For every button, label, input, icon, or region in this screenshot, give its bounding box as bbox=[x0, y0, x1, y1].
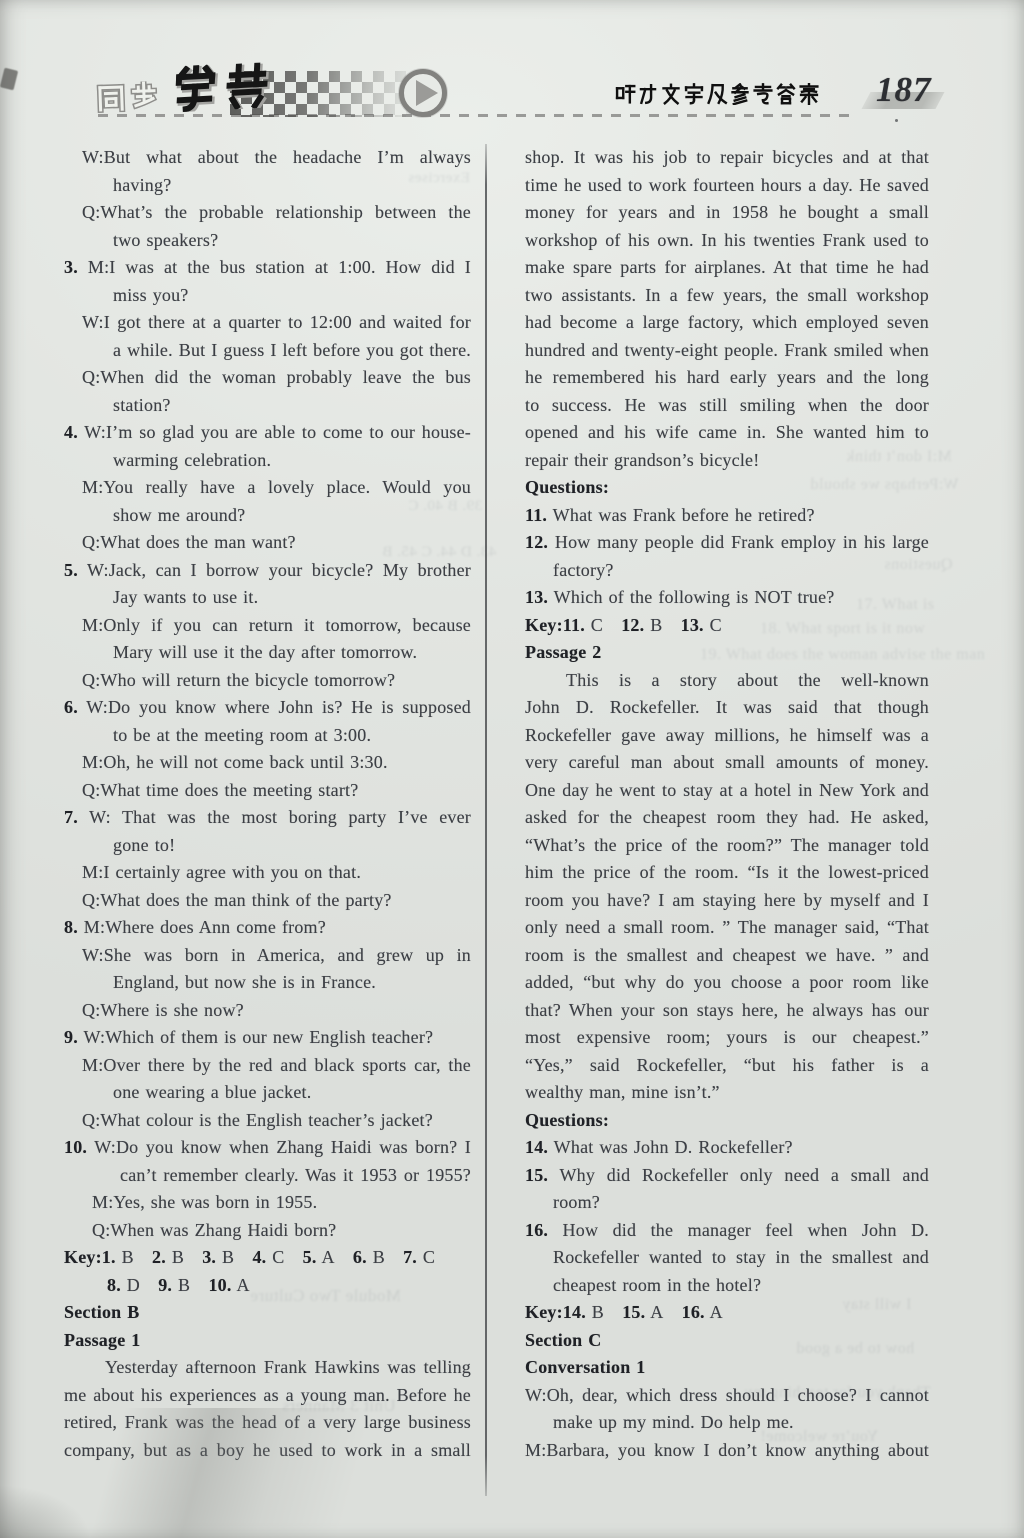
page-title bbox=[614, 83, 820, 105]
text-line: room is the smallest and cheapest we hav… bbox=[525, 942, 929, 970]
text-line: only need a small room. ” The manager sa… bbox=[525, 914, 929, 942]
text-line: two assistants. In a few years, the smal… bbox=[525, 282, 929, 310]
text-line: Q:What’s the probable relationship betwe… bbox=[64, 199, 471, 227]
text-line: hundred and twenty-eight people. Frank s… bbox=[525, 337, 929, 365]
text-line: Conversation 1 bbox=[525, 1354, 929, 1382]
text-line: Q:When did the woman probably leave the … bbox=[64, 364, 471, 392]
text-line: having? bbox=[64, 172, 471, 200]
text-line: Passage 1 bbox=[64, 1327, 471, 1355]
text-line: W:She was born in America, and grew up i… bbox=[64, 942, 471, 970]
text-line: M:Over there by the red and black sports… bbox=[64, 1052, 471, 1080]
text-line: miss you? bbox=[64, 282, 471, 310]
text-line: had become a large factory, which employ… bbox=[525, 309, 929, 337]
text-line: This is a story about the well-known mil… bbox=[525, 667, 929, 695]
text-line: 11. What was Frank before he retired? bbox=[525, 502, 929, 530]
text-line: Yesterday afternoon Frank Hawkins was te… bbox=[64, 1354, 471, 1382]
text-line: cheapest room in the hotel? bbox=[525, 1272, 929, 1300]
text-line: to be at the meeting room at 3:00. bbox=[64, 722, 471, 750]
text-line: M:Barbara, you know I don’t know anythin… bbox=[525, 1437, 929, 1465]
text-line: asked for the cheapest room they had. He… bbox=[525, 804, 929, 832]
text-line: opened and his wife came in. She wanted … bbox=[525, 419, 929, 447]
text-line: W:I got there at a quarter to 12:00 and … bbox=[64, 309, 471, 337]
text-line: him the price of the room. “Is it the lo… bbox=[525, 859, 929, 887]
text-line: Key:11. C 12. B 13. C bbox=[525, 612, 929, 640]
text-line: Rockefeller wanted to stay in the smalle… bbox=[525, 1244, 929, 1272]
logo-xuedian bbox=[171, 61, 271, 112]
text-line: Q:Where is she now? bbox=[64, 997, 471, 1025]
text-line: M:Yes, she was born in 1955. bbox=[64, 1189, 471, 1217]
text-line: 15. Why did Rockefeller only need a smal… bbox=[525, 1162, 929, 1190]
text-line: One day he went to stay at a hotel in Ne… bbox=[525, 777, 929, 805]
text-line: 13. Which of the following is NOT true? bbox=[525, 584, 929, 612]
page-number: 187 bbox=[876, 70, 956, 110]
text-line: W:But what about the headache I’m always bbox=[64, 144, 471, 172]
text-line: Passage 2 bbox=[525, 639, 929, 667]
text-line: Questions: bbox=[525, 474, 929, 502]
text-line: Q:Who will return the bicycle tomorrow? bbox=[64, 667, 471, 695]
text-line: W:Oh, dear, which dress should I choose?… bbox=[525, 1382, 929, 1410]
text-line: show me around? bbox=[64, 502, 471, 530]
text-line: one wearing a blue jacket. bbox=[64, 1079, 471, 1107]
text-line: repair their grandson’s bicycle! bbox=[525, 447, 929, 475]
text-line: M:Only if you can return it tomorrow, be… bbox=[64, 612, 471, 640]
text-line: to success. He was still smiling when th… bbox=[525, 392, 929, 420]
text-line: M:You really have a lovely place. Would … bbox=[64, 474, 471, 502]
text-line: 6. W:Do you know where John is? He is su… bbox=[64, 694, 471, 722]
text-line: two speakers? bbox=[64, 227, 471, 255]
text-line: Q:What time does the meeting start? bbox=[64, 777, 471, 805]
text-line: John D. Rockefeller. It was said that th… bbox=[525, 694, 929, 722]
text-line: 12. How many people did Frank employ in … bbox=[525, 529, 929, 557]
text-line: a while. But I guess I left before you g… bbox=[64, 337, 471, 365]
header-dashed-line bbox=[98, 114, 856, 117]
text-line: “Yes,” said Rockefeller, “but his father… bbox=[525, 1052, 929, 1080]
text-line: gone to! bbox=[64, 832, 471, 860]
text-line: Q:What does the man think of the party? bbox=[64, 887, 471, 915]
logo-tongbu bbox=[95, 81, 159, 113]
text-line: Section C bbox=[525, 1327, 929, 1355]
text-line: Jay wants to use it. bbox=[64, 584, 471, 612]
text-line: 7. W: That was the most boring party I’v… bbox=[64, 804, 471, 832]
text-line: warming celebration. bbox=[64, 447, 471, 475]
text-line: time he used to work fourteen hours a da… bbox=[525, 172, 929, 200]
text-line: Q:When was Zhang Haidi born? bbox=[64, 1217, 471, 1245]
text-line: wealthy man, mine isn’t.” bbox=[525, 1079, 929, 1107]
text-line: 5. W:Jack, can I borrow your bicycle? My… bbox=[64, 557, 471, 585]
text-line: make up my mind. Do help me. bbox=[525, 1409, 929, 1437]
text-line: “What’s the price of the room?” The mana… bbox=[525, 832, 929, 860]
text-line: 16. How did the manager feel when John D… bbox=[525, 1217, 929, 1245]
text-line: added, “but why do you choose a poor roo… bbox=[525, 969, 929, 997]
text-line: Key:1. B 2. B 3. B 4. C 5. A 6. B 7. C bbox=[64, 1244, 471, 1272]
text-line: factory? bbox=[525, 557, 929, 585]
scanned-page: 187 ExercisesM:I don’t thinkW:Perhaps we… bbox=[0, 0, 1024, 1538]
text-line: England, but now she is in France. bbox=[64, 969, 471, 997]
ink-dot bbox=[895, 119, 898, 122]
text-line: 10. W:Do you know when Zhang Haidi was b… bbox=[64, 1134, 471, 1162]
text-line: me about his experiences as a young man.… bbox=[64, 1382, 471, 1410]
text-line: station? bbox=[64, 392, 471, 420]
text-line: 3. M:I was at the bus station at 1:00. H… bbox=[64, 254, 471, 282]
text-line: shop. It was his job to repair bicycles … bbox=[525, 144, 929, 172]
left-column: W:But what about the headache I’m always… bbox=[64, 144, 471, 1464]
text-line: Key:14. B 15. A 16. A bbox=[525, 1299, 929, 1327]
text-line: money for years and in 1958 he bought a … bbox=[525, 199, 929, 227]
column-divider bbox=[485, 144, 487, 1496]
scan-speck bbox=[0, 68, 18, 91]
text-line: most expensive room; yours is our cheape… bbox=[525, 1024, 929, 1052]
text-line: Q:What colour is the English teacher’s j… bbox=[64, 1107, 471, 1135]
right-column: shop. It was his job to repair bicycles … bbox=[525, 144, 929, 1464]
text-line: M:I certainly agree with you on that. bbox=[64, 859, 471, 887]
play-icon bbox=[399, 69, 447, 117]
text-line: Q:What does the man want? bbox=[64, 529, 471, 557]
text-line: 8. D 9. B 10. A bbox=[64, 1272, 471, 1300]
text-line: room you have? I am staying here by myse… bbox=[525, 887, 929, 915]
page-corner-shadow bbox=[0, 1460, 150, 1538]
text-line: Rockefeller gave away millions, he himse… bbox=[525, 722, 929, 750]
text-line: workshop of his own. In his twenties Fra… bbox=[525, 227, 929, 255]
text-line: Section B bbox=[64, 1299, 471, 1327]
text-line: that? When your son stays here, he alway… bbox=[525, 997, 929, 1025]
text-line: very careful man about small amounts of … bbox=[525, 749, 929, 777]
text-line: 8. M:Where does Ann come from? bbox=[64, 914, 471, 942]
text-line: 9. W:Which of them is our new English te… bbox=[64, 1024, 471, 1052]
text-line: 14. What was John D. Rockefeller? bbox=[525, 1134, 929, 1162]
text-line: Mary will use it the day after tomorrow. bbox=[64, 639, 471, 667]
text-line: M:Oh, he will not come back until 3:30. bbox=[64, 749, 471, 777]
text-line: make spare parts for airplanes. At that … bbox=[525, 254, 929, 282]
text-line: can’t remember clearly. Was it 1953 or 1… bbox=[64, 1162, 471, 1190]
text-line: he remembered his hard early years and t… bbox=[525, 364, 929, 392]
text-line: Questions: bbox=[525, 1107, 929, 1135]
play-triangle-icon bbox=[416, 80, 438, 106]
text-line: room? bbox=[525, 1189, 929, 1217]
text-line: 4. W:I’m so glad you are able to come to… bbox=[64, 419, 471, 447]
